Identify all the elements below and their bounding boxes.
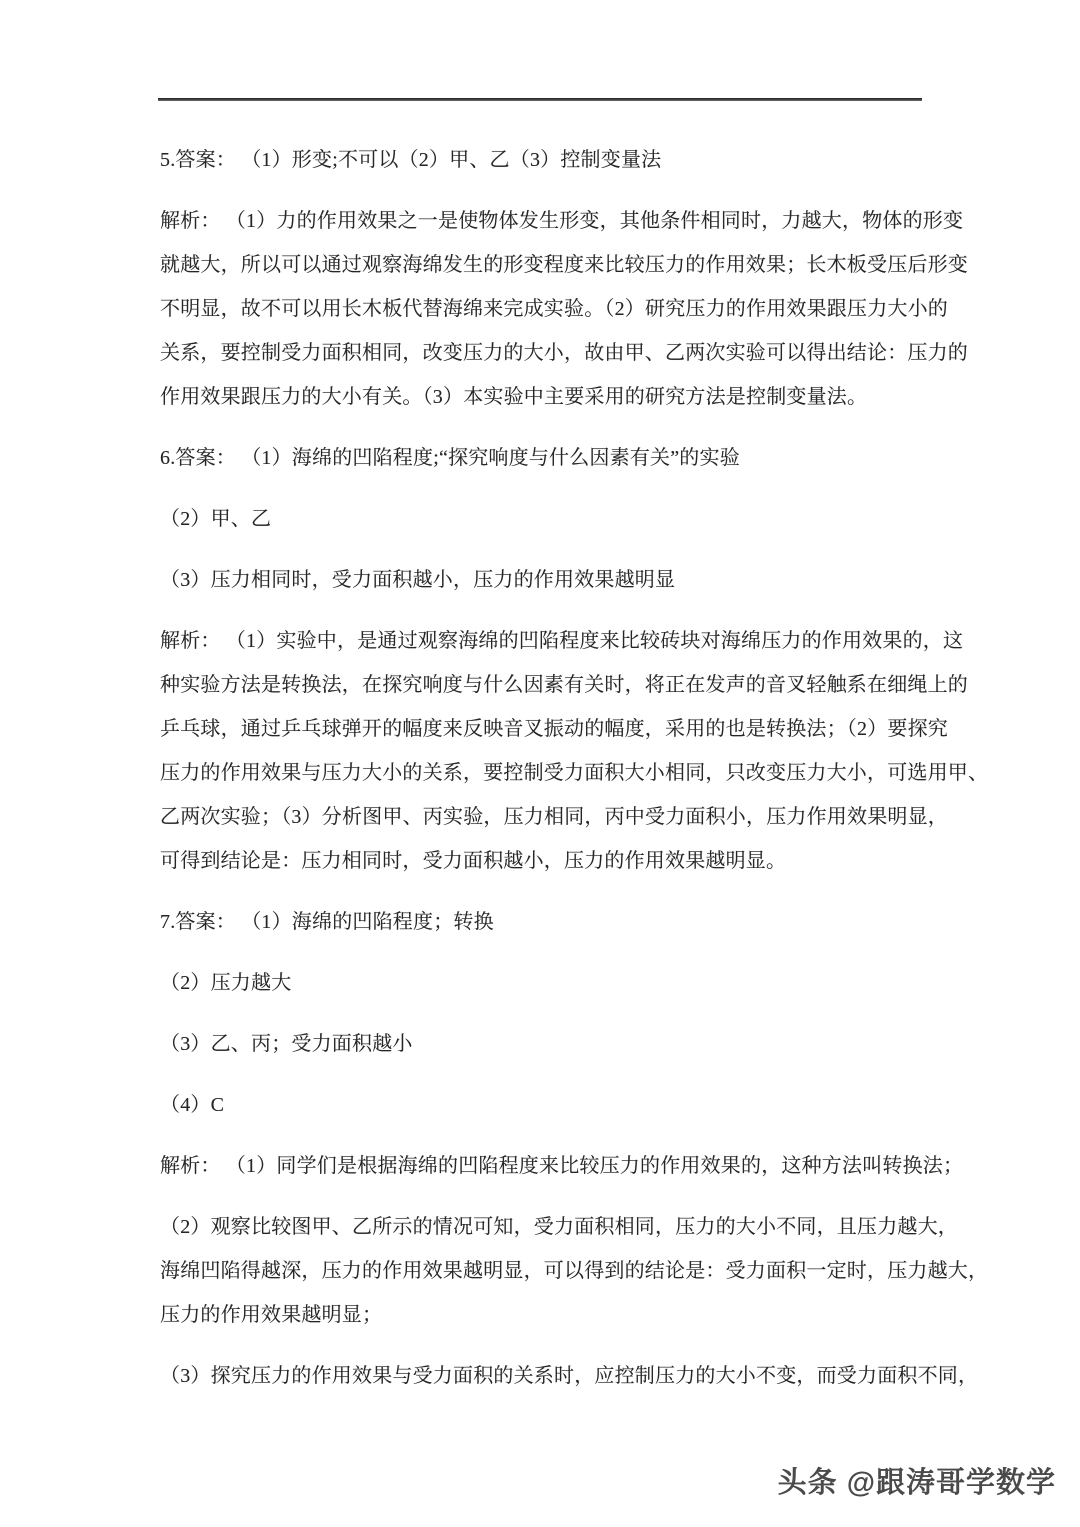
- text-line: （4）C: [160, 1083, 980, 1127]
- text-line: 压力的作用效果与压力大小的关系，要控制受力面积大小相同，只改变压力大小，可选用甲…: [160, 751, 980, 795]
- answer-7-part4: （4）C: [160, 1083, 980, 1127]
- text-line: 可得到结论是：压力相同时，受力面积越小，压力的作用效果越明显。: [160, 839, 980, 883]
- text-line: 6.答案： （1）海绵的凹陷程度;“探究响度与什么因素有关”的实验: [160, 436, 980, 480]
- text-line: 解析： （1）力的作用效果之一是使物体发生形变，其他条件相同时，力越大，物体的形…: [160, 199, 980, 243]
- text-line: 解析： （1）实验中，是通过观察海绵的凹陷程度来比较砖块对海绵压力的作用效果的，…: [160, 619, 980, 663]
- answer-5: 5.答案： （1）形变;不可以（2）甲、乙（3）控制变量法: [160, 138, 980, 182]
- answer-6-part2: （2）甲、乙: [160, 497, 980, 541]
- document-page: 5.答案： （1）形变;不可以（2）甲、乙（3）控制变量法解析： （1）力的作用…: [0, 0, 1080, 1527]
- text-line: 就越大，所以可以通过观察海绵发生的形变程度来比较压力的作用效果；长木板受压后形变: [160, 243, 980, 287]
- text-line: （2）压力越大: [160, 961, 980, 1005]
- text-line: （3）乙、丙；受力面积越小: [160, 1022, 980, 1066]
- text-line: 乙两次实验；（3）分析图甲、丙实验，压力相同，丙中受力面积小，压力作用效果明显，: [160, 795, 980, 839]
- text-line: 压力的作用效果越明显；: [160, 1293, 980, 1337]
- text-line: （2）观察比较图甲、乙所示的情况可知，受力面积相同，压力的大小不同，且压力越大，: [160, 1205, 980, 1249]
- analysis-6: 解析： （1）实验中，是通过观察海绵的凹陷程度来比较砖块对海绵压力的作用效果的，…: [160, 619, 980, 883]
- text-line: 解析： （1）同学们是根据海绵的凹陷程度来比较压力的作用效果的，这种方法叫转换法…: [160, 1144, 980, 1188]
- answer-7: 7.答案： （1）海绵的凹陷程度；转换: [160, 900, 980, 944]
- analysis-7-part2: （2）观察比较图甲、乙所示的情况可知，受力面积相同，压力的大小不同，且压力越大，…: [160, 1205, 980, 1337]
- header-rule: [158, 98, 922, 101]
- answer-6: 6.答案： （1）海绵的凹陷程度;“探究响度与什么因素有关”的实验: [160, 436, 980, 480]
- analysis-5: 解析： （1）力的作用效果之一是使物体发生形变，其他条件相同时，力越大，物体的形…: [160, 199, 980, 419]
- answer-7-part3: （3）乙、丙；受力面积越小: [160, 1022, 980, 1066]
- text-line: 海绵凹陷得越深，压力的作用效果越明显，可以得到的结论是：受力面积一定时，压力越大…: [160, 1249, 980, 1293]
- text-line: （3）压力相同时，受力面积越小，压力的作用效果越明显: [160, 558, 980, 602]
- text-line: （3）探究压力的作用效果与受力面积的关系时，应控制压力的大小不变，而受力面积不同…: [160, 1354, 980, 1398]
- text-line: 7.答案： （1）海绵的凹陷程度；转换: [160, 900, 980, 944]
- text-line: 作用效果跟压力的大小有关。（3）本实验中主要采用的研究方法是控制变量法。: [160, 375, 980, 419]
- analysis-7-part3: （3）探究压力的作用效果与受力面积的关系时，应控制压力的大小不变，而受力面积不同…: [160, 1354, 980, 1398]
- text-line: 关系，要控制受力面积相同，改变压力的大小，故由甲、乙两次实验可以得出结论：压力的: [160, 331, 980, 375]
- analysis-7-part1: 解析： （1）同学们是根据海绵的凹陷程度来比较压力的作用效果的，这种方法叫转换法…: [160, 1144, 980, 1188]
- answer-6-part3: （3）压力相同时，受力面积越小，压力的作用效果越明显: [160, 558, 980, 602]
- text-line: 种实验方法是转换法，在探究响度与什么因素有关时，将正在发声的音叉轻触系在细绳上的: [160, 663, 980, 707]
- document-body: 5.答案： （1）形变;不可以（2）甲、乙（3）控制变量法解析： （1）力的作用…: [160, 138, 980, 1415]
- text-line: （2）甲、乙: [160, 497, 980, 541]
- text-line: 不明显，故不可以用长木板代替海绵来完成实验。（2）研究压力的作用效果跟压力大小的: [160, 287, 980, 331]
- watermark: 头条 @跟涛哥学数学: [778, 1460, 1056, 1501]
- answer-7-part2: （2）压力越大: [160, 961, 980, 1005]
- text-line: 乒乓球，通过乒乓球弹开的幅度来反映音叉振动的幅度，采用的也是转换法；（2）要探究: [160, 707, 980, 751]
- text-line: 5.答案： （1）形变;不可以（2）甲、乙（3）控制变量法: [160, 138, 980, 182]
